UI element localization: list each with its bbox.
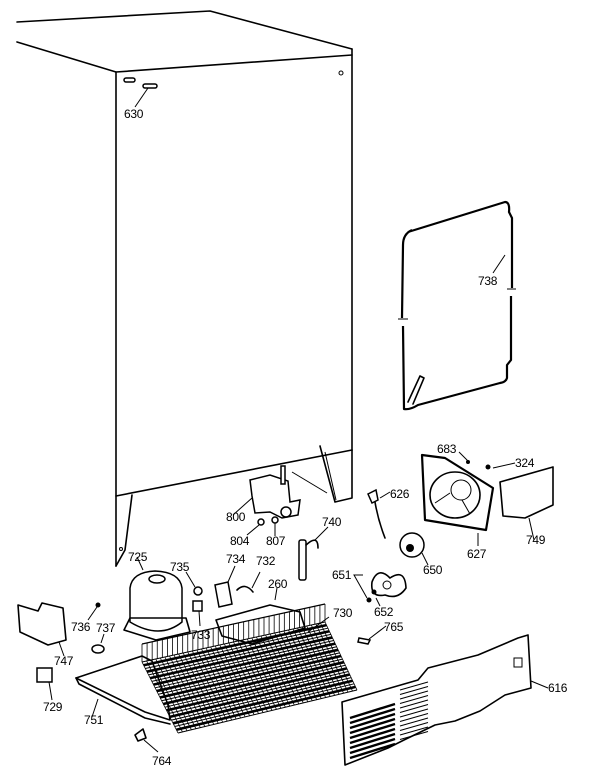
part-732-clip[interactable] <box>237 586 253 592</box>
part-616-toe-grille[interactable] <box>342 635 548 765</box>
label-733[interactable]: 733 <box>191 628 211 642</box>
label-740[interactable]: 740 <box>322 515 342 529</box>
label-650[interactable]: 650 <box>423 563 443 577</box>
part-736-clip[interactable] <box>96 603 101 608</box>
label-730[interactable]: 730 <box>333 606 353 620</box>
label-683[interactable]: 683 <box>437 442 457 456</box>
label-616[interactable]: 616 <box>548 681 568 695</box>
label-764[interactable]: 764 <box>152 754 172 768</box>
part-324-screw[interactable] <box>486 463 516 470</box>
part-807-fitting[interactable] <box>272 517 278 523</box>
label-751[interactable]: 751 <box>84 713 104 727</box>
part-652-grommet[interactable] <box>367 598 372 603</box>
label-738[interactable]: 738 <box>478 274 498 288</box>
parts-diagram: 630 738 683 324 626 800 804 807 740 627 … <box>0 0 592 774</box>
part-738-heater-loop[interactable] <box>398 202 516 409</box>
part-651-fan-blade[interactable] <box>354 573 406 598</box>
label-734[interactable]: 734 <box>226 552 246 566</box>
label-735[interactable]: 735 <box>170 560 190 574</box>
part-627-fan-shroud[interactable] <box>422 455 493 546</box>
part-650-fan-motor[interactable] <box>400 533 428 565</box>
cabinet-body <box>17 11 352 566</box>
label-749[interactable]: 749 <box>526 533 546 547</box>
part-749-cover[interactable] <box>500 467 553 540</box>
part-804-fitting[interactable] <box>258 519 264 525</box>
part-740-drier[interactable] <box>299 527 328 580</box>
label-651[interactable]: 651 <box>332 568 352 582</box>
part-737-grommet[interactable] <box>92 645 104 653</box>
label-732[interactable]: 732 <box>256 554 276 568</box>
part-735-grommet[interactable] <box>194 587 202 595</box>
label-807[interactable]: 807 <box>266 534 286 548</box>
label-737[interactable]: 737 <box>96 621 116 635</box>
part-765-clip[interactable] <box>358 626 386 644</box>
label-652[interactable]: 652 <box>374 605 394 619</box>
part-626-clip[interactable] <box>368 490 390 538</box>
part-630-plug[interactable] <box>124 78 157 107</box>
label-324[interactable]: 324 <box>515 456 535 470</box>
label-800[interactable]: 800 <box>226 510 246 524</box>
label-725[interactable]: 725 <box>128 550 148 564</box>
label-630[interactable]: 630 <box>124 107 144 121</box>
label-765[interactable]: 765 <box>384 620 404 634</box>
part-652-grommet-b[interactable] <box>372 590 377 595</box>
label-736[interactable]: 736 <box>71 620 91 634</box>
part-747-cover[interactable] <box>18 603 66 656</box>
part-734-overload[interactable] <box>215 582 232 607</box>
label-804[interactable]: 804 <box>230 534 250 548</box>
part-729-capacitor[interactable] <box>37 668 52 700</box>
label-260[interactable]: 260 <box>268 577 288 591</box>
label-729[interactable]: 729 <box>43 700 63 714</box>
label-626[interactable]: 626 <box>390 487 410 501</box>
label-747[interactable]: 747 <box>54 654 74 668</box>
part-764-screw[interactable] <box>135 729 158 752</box>
label-627[interactable]: 627 <box>467 547 487 561</box>
part-733-relay[interactable] <box>193 601 202 611</box>
part-683-screw[interactable] <box>459 452 470 464</box>
